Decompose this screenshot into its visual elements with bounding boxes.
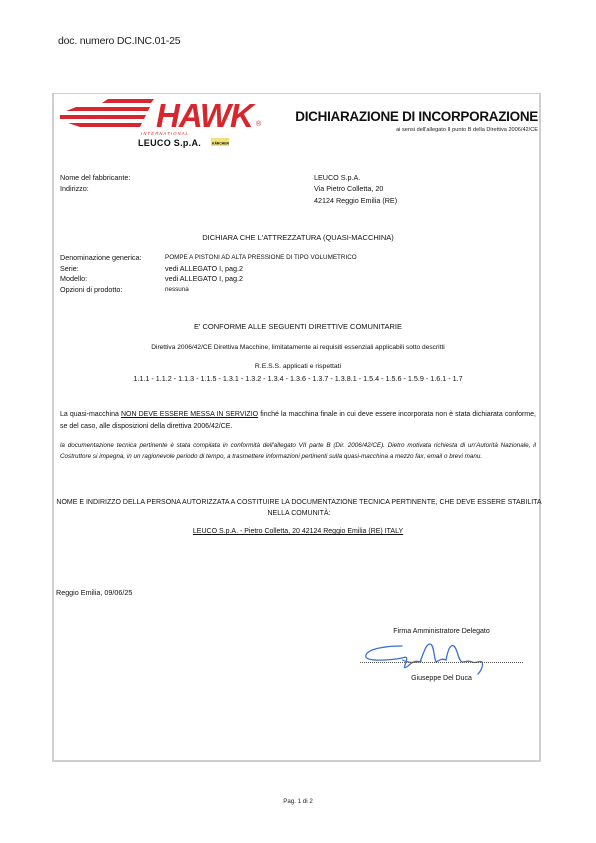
company-logo: HAWK ® I N T E R N A T I O N A L LEUCO S…	[58, 96, 268, 148]
place-date: Reggio Emilia, 09/06/25	[56, 588, 132, 599]
directive-text: Direttiva 2006/42/CE Direttiva Macchine,…	[58, 344, 538, 351]
equipment-label: Modello:	[60, 274, 87, 285]
signature-icon	[362, 640, 512, 675]
service-notice: La quasi-macchina NON DEVE ESSERE MESSA …	[60, 409, 536, 432]
equipment-row: Denominazione generica: POMPE A PISTONI …	[60, 253, 530, 264]
svg-text:®: ®	[256, 120, 262, 128]
technical-documentation-note: la documentazione tecnica pertinente è s…	[60, 441, 536, 463]
svg-text:LEUCO S.p.A.: LEUCO S.p.A.	[138, 138, 201, 148]
equipment-row: Modello: vedi ALLEGATO I, pag.2	[60, 274, 530, 285]
equipment-value: vedi ALLEGATO I, pag.2	[165, 274, 243, 285]
page-subtitle: ai sensi dell'allegato II punto B della …	[288, 127, 538, 133]
equipment-label: Opzioni di prodotto:	[60, 285, 122, 296]
notice-prefix: La quasi-macchina	[60, 411, 121, 418]
svg-text:KÄRCHER: KÄRCHER	[212, 142, 230, 146]
svg-text:HAWK: HAWK	[156, 97, 256, 134]
svg-text:I N T E R N A T I O N A L: I N T E R N A T I O N A L	[141, 131, 189, 136]
signature-line	[360, 662, 523, 663]
document-number: doc. numero DC.INC.01-25	[58, 35, 180, 47]
equipment-value: nessuna	[165, 285, 189, 296]
page-number: Pag. 1 di 2	[0, 798, 596, 805]
declaration-heading: DICHIARA CHE L'ATTREZZATURA (QUASI-MACCH…	[58, 233, 538, 242]
ress-list: 1.1.1 - 1.1.2 - 1.1.3 - 1.1.5 - 1.3.1 - …	[58, 374, 538, 383]
signature-role: Firma Amministratore Delegato	[360, 628, 523, 635]
address-label: Indirizzo:	[60, 184, 89, 195]
conformity-heading: E' CONFORME ALLE SEGUENTI DIRETTIVE COMU…	[58, 322, 538, 331]
equipment-value: POMPE A PISTONI AD ALTA PRESSIONE DI TIP…	[165, 253, 357, 264]
authorized-person-heading: NOME E INDIRIZZO DELLA PERSONA AUTORIZZA…	[56, 497, 542, 519]
equipment-table: Denominazione generica: POMPE A PISTONI …	[60, 253, 530, 295]
ress-label: R.E.S.S. applicati e rispettati	[58, 363, 538, 370]
notice-emphasis: NON DEVE ESSERE MESSA IN SERVIZIO	[121, 411, 258, 418]
equipment-value: vedi ALLEGATO I, pag.2	[165, 264, 243, 275]
address-line-2: 42124 Reggio Emilia (RE)	[314, 196, 397, 207]
address-line-1: Via Pietro Colletta, 20	[314, 184, 383, 195]
equipment-label: Serie:	[60, 264, 79, 275]
authorized-person-value: LEUCO S.p.A. - Pietro Colletta, 20 42124…	[58, 528, 538, 535]
hawk-logo-icon: HAWK ® I N T E R N A T I O N A L LEUCO S…	[58, 96, 268, 148]
signatory-name: Giuseppe Del Duca	[360, 675, 523, 682]
equipment-row: Serie: vedi ALLEGATO I, pag.2	[60, 264, 530, 275]
page-title: DICHIARAZIONE DI INCORPORAZIONE	[288, 109, 538, 124]
equipment-row: Opzioni di prodotto: nessuna	[60, 285, 530, 296]
equipment-label: Denominazione generica:	[60, 253, 142, 264]
manufacturer-name-value: LEUCO S.p.A.	[314, 173, 360, 184]
manufacturer-name-label: Nome del fabbricante:	[60, 173, 130, 184]
authorized-person-address: LEUCO S.p.A. - Pietro Colletta, 20 42124…	[193, 528, 403, 535]
